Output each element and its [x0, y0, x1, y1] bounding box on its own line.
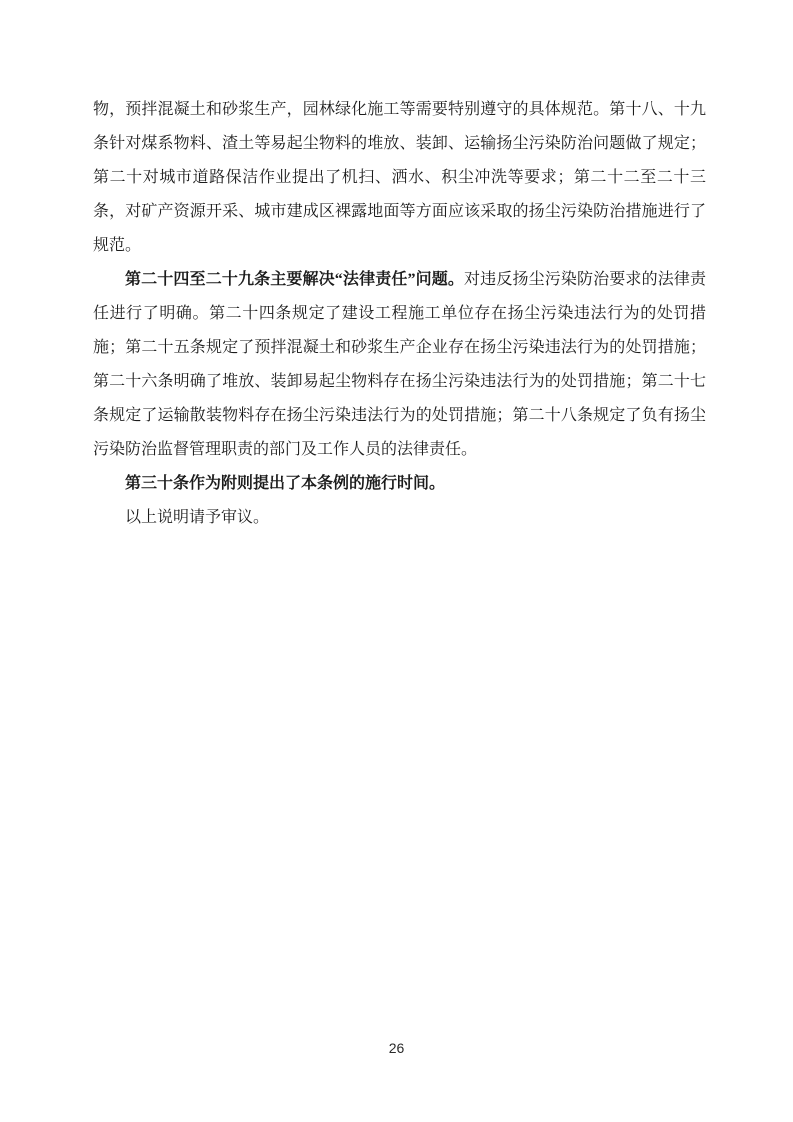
paragraph-text: 物，预拌混凝土和砂浆生产，园林绿化施工等需要特别遵守的具体规范。第十八、十九条针… — [93, 101, 706, 254]
paragraph-lead-bold: 第三十条作为附则提出了本条例的施行时间。 — [125, 475, 445, 492]
body-paragraph: 第三十条作为附则提出了本条例的施行时间。 — [93, 467, 706, 501]
page-footer: 26 — [0, 1040, 793, 1056]
body-paragraph: 第二十四至二十九条主要解决“法律责任”问题。对违反扬尘污染防治要求的法律责任进行… — [93, 263, 706, 467]
paragraph-text: 以上说明请予审议。 — [125, 509, 269, 526]
paragraph-text: 对违反扬尘污染防治要求的法律责任进行了明确。第二十四条规定了建设工程施工单位存在… — [93, 271, 706, 458]
document-page: 物，预拌混凝土和砂浆生产，园林绿化施工等需要特别遵守的具体规范。第十八、十九条针… — [0, 0, 793, 1122]
paragraph-lead-bold: 第二十四至二十九条主要解决“法律责任”问题。 — [125, 271, 464, 288]
page-number: 26 — [389, 1040, 405, 1056]
body-paragraph: 以上说明请予审议。 — [93, 501, 706, 535]
body-paragraph: 物，预拌混凝土和砂浆生产，园林绿化施工等需要特别遵守的具体规范。第十八、十九条针… — [93, 93, 706, 263]
document-body: 物，预拌混凝土和砂浆生产，园林绿化施工等需要特别遵守的具体规范。第十八、十九条针… — [93, 93, 706, 535]
